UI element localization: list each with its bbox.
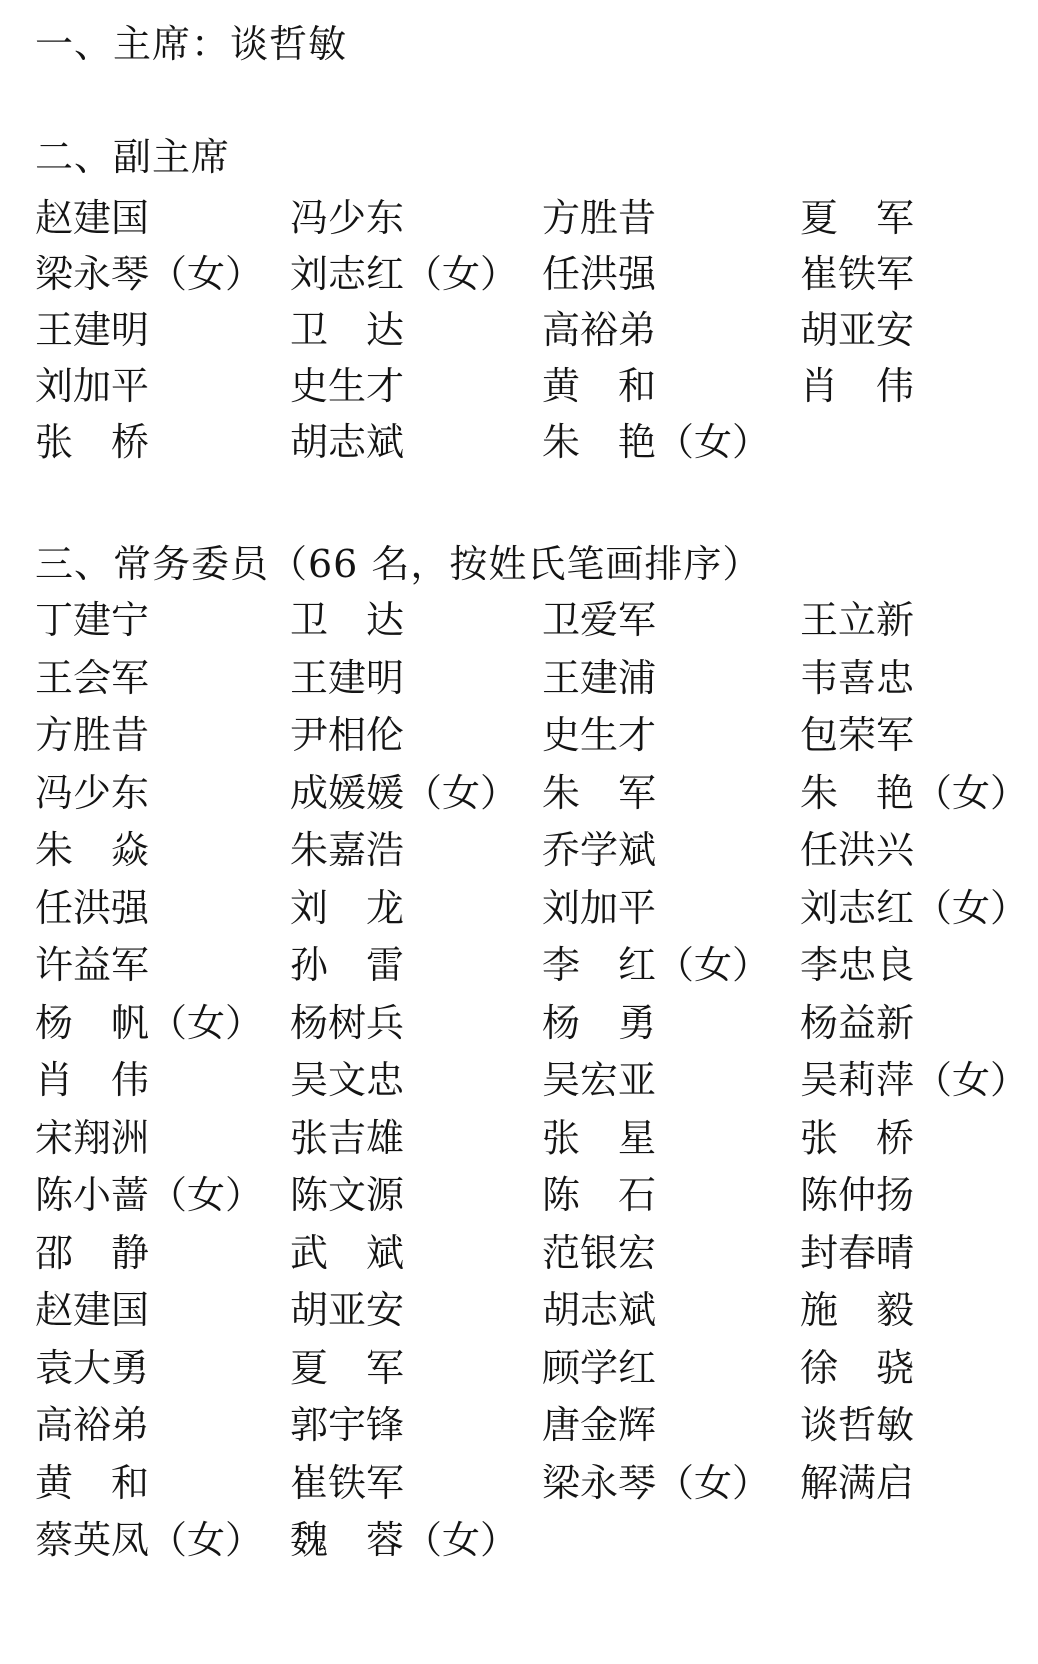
member-name: 吴莉萍（女）	[800, 1049, 1038, 1104]
member-name: 李 红（女）	[542, 934, 800, 989]
member-name: 崔铁军	[290, 1452, 542, 1507]
name-row: 蔡英凤（女）魏 蓉（女）	[35, 1508, 1038, 1566]
member-name: 王建浦	[542, 647, 800, 702]
member-name: 卫 达	[290, 589, 542, 644]
name-row: 冯少东成媛媛（女）朱 军朱 艳（女）	[35, 761, 1038, 819]
chairman-heading: 一、主席：谈哲敏	[35, 20, 347, 68]
member-name: 朱 军	[542, 762, 800, 817]
member-name: 封春晴	[800, 1222, 1038, 1277]
member-name: 谈哲敏	[800, 1394, 1038, 1449]
member-name: 武 斌	[290, 1222, 542, 1277]
name-row: 邵 静武 斌范银宏封春晴	[35, 1221, 1038, 1279]
name-row: 赵建国胡亚安胡志斌施 毅	[35, 1278, 1038, 1336]
member-name: 胡亚安	[800, 299, 1038, 354]
member-name: 魏 蓉（女）	[290, 1509, 542, 1564]
member-name: 杨 勇	[542, 992, 800, 1047]
member-name: 史生才	[542, 704, 800, 759]
name-row: 方胜昔尹相伦史生才包荣军	[35, 703, 1038, 761]
name-row: 陈小蔷（女）陈文源陈 石陈仲扬	[35, 1163, 1038, 1221]
member-name: 刘加平	[542, 877, 800, 932]
member-name: 陈 石	[542, 1164, 800, 1219]
member-name: 宋翔洲	[35, 1107, 290, 1162]
member-name: 王建明	[290, 647, 542, 702]
vice-chairmen-list: 赵建国冯少东方胜昔夏 军梁永琴（女）刘志红（女）任洪强崔铁军王建明卫 达高裕弟胡…	[35, 186, 1038, 466]
member-name: 梁永琴（女）	[35, 243, 290, 298]
member-name: 赵建国	[35, 1279, 290, 1334]
name-row: 梁永琴（女）刘志红（女）任洪强崔铁军	[35, 242, 1038, 298]
standing-committee-heading: 三、常务委员（66 名，按姓氏笔画排序）	[35, 540, 761, 588]
member-name: 邵 静	[35, 1222, 290, 1277]
member-name: 成媛媛（女）	[290, 762, 542, 817]
member-name: 胡志斌	[290, 411, 542, 466]
vice-chairmen-heading: 二、副主席	[35, 133, 230, 181]
member-name: 刘志红（女）	[800, 877, 1038, 932]
member-name: 包荣军	[800, 704, 1038, 759]
name-row: 刘加平史生才黄 和肖 伟	[35, 354, 1038, 410]
document-page: 一、主席：谈哲敏 二、副主席 赵建国冯少东方胜昔夏 军梁永琴（女）刘志红（女）任…	[0, 0, 1038, 1664]
member-name: 吴文忠	[290, 1049, 542, 1104]
name-row: 王会军王建明王建浦韦喜忠	[35, 646, 1038, 704]
member-name: 施 毅	[800, 1279, 1038, 1334]
member-name: 范银宏	[542, 1222, 800, 1277]
member-name: 肖 伟	[800, 355, 1038, 410]
name-row: 肖 伟吴文忠吴宏亚吴莉萍（女）	[35, 1048, 1038, 1106]
member-name: 蔡英凤（女）	[35, 1509, 290, 1564]
member-name: 尹相伦	[290, 704, 542, 759]
member-name: 韦喜忠	[800, 647, 1038, 702]
member-name: 刘志红（女）	[290, 243, 542, 298]
member-name: 王立新	[800, 589, 1038, 644]
member-name: 朱嘉浩	[290, 819, 542, 874]
member-name: 杨 帆（女）	[35, 992, 290, 1047]
member-name: 史生才	[290, 355, 542, 410]
member-name: 杨树兵	[290, 992, 542, 1047]
member-name: 卫爱军	[542, 589, 800, 644]
member-name: 吴宏亚	[542, 1049, 800, 1104]
member-name: 方胜昔	[35, 704, 290, 759]
name-row: 朱 焱朱嘉浩乔学斌任洪兴	[35, 818, 1038, 876]
name-row: 王建明卫 达高裕弟胡亚安	[35, 298, 1038, 354]
member-name: 孙 雷	[290, 934, 542, 989]
member-name: 胡志斌	[542, 1279, 800, 1334]
member-name: 李忠良	[800, 934, 1038, 989]
member-name: 胡亚安	[290, 1279, 542, 1334]
member-name: 高裕弟	[35, 1394, 290, 1449]
member-name: 乔学斌	[542, 819, 800, 874]
member-name: 杨益新	[800, 992, 1038, 1047]
member-name: 唐金辉	[542, 1394, 800, 1449]
member-name: 刘 龙	[290, 877, 542, 932]
name-row: 许益军孙 雷李 红（女）李忠良	[35, 933, 1038, 991]
member-name: 解满启	[800, 1452, 1038, 1507]
member-name: 陈文源	[290, 1164, 542, 1219]
member-name: 朱 艳（女）	[542, 411, 800, 466]
name-row: 杨 帆（女）杨树兵杨 勇杨益新	[35, 991, 1038, 1049]
member-name: 夏 军	[800, 187, 1038, 242]
member-name: 王建明	[35, 299, 290, 354]
member-name: 刘加平	[35, 355, 290, 410]
member-name: 陈仲扬	[800, 1164, 1038, 1219]
member-name: 徐 骁	[800, 1337, 1038, 1392]
member-name: 方胜昔	[542, 187, 800, 242]
member-name: 梁永琴（女）	[542, 1452, 800, 1507]
member-name: 冯少东	[290, 187, 542, 242]
name-row: 赵建国冯少东方胜昔夏 军	[35, 186, 1038, 242]
member-name: 卫 达	[290, 299, 542, 354]
name-row: 高裕弟郭宇锋唐金辉谈哲敏	[35, 1393, 1038, 1451]
member-name: 任洪强	[35, 877, 290, 932]
member-name: 郭宇锋	[290, 1394, 542, 1449]
member-name: 赵建国	[35, 187, 290, 242]
member-name: 张 桥	[35, 411, 290, 466]
member-name: 袁大勇	[35, 1337, 290, 1392]
name-row: 袁大勇夏 军顾学红徐 骁	[35, 1336, 1038, 1394]
name-row: 张 桥胡志斌朱 艳（女）	[35, 410, 1038, 466]
standing-committee-list: 丁建宁卫 达卫爱军王立新王会军王建明王建浦韦喜忠方胜昔尹相伦史生才包荣军冯少东成…	[35, 588, 1038, 1566]
member-name: 张 桥	[800, 1107, 1038, 1162]
member-name: 黄 和	[35, 1452, 290, 1507]
member-name: 张 星	[542, 1107, 800, 1162]
member-name: 朱 焱	[35, 819, 290, 874]
member-name: 肖 伟	[35, 1049, 290, 1104]
member-name: 任洪兴	[800, 819, 1038, 874]
member-name: 许益军	[35, 934, 290, 989]
member-name: 丁建宁	[35, 589, 290, 644]
member-name: 冯少东	[35, 762, 290, 817]
member-name: 王会军	[35, 647, 290, 702]
name-row: 任洪强刘 龙刘加平刘志红（女）	[35, 876, 1038, 934]
member-name: 崔铁军	[800, 243, 1038, 298]
member-name: 任洪强	[542, 243, 800, 298]
member-name: 高裕弟	[542, 299, 800, 354]
member-name: 夏 军	[290, 1337, 542, 1392]
member-name: 陈小蔷（女）	[35, 1164, 290, 1219]
name-row: 黄 和崔铁军梁永琴（女）解满启	[35, 1451, 1038, 1509]
name-row: 宋翔洲张吉雄张 星张 桥	[35, 1106, 1038, 1164]
member-name: 张吉雄	[290, 1107, 542, 1162]
name-row: 丁建宁卫 达卫爱军王立新	[35, 588, 1038, 646]
member-name: 顾学红	[542, 1337, 800, 1392]
member-name: 朱 艳（女）	[800, 762, 1038, 817]
member-name: 黄 和	[542, 355, 800, 410]
